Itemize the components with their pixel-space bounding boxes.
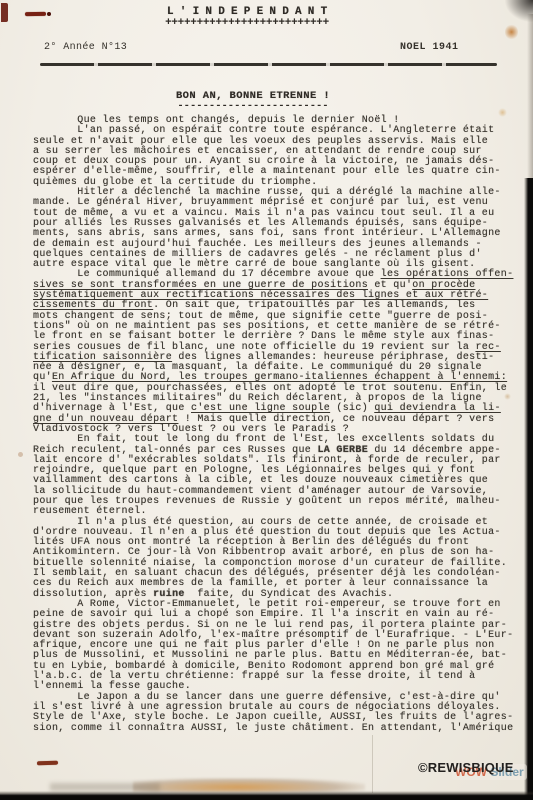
red-ink-dash-bottom xyxy=(37,761,58,766)
red-ink-corner-mark xyxy=(1,3,8,22)
scan-edge-right xyxy=(524,178,533,800)
scan-edge-right-soft xyxy=(527,14,533,182)
copyright-watermark: ©REWISBIQUE xyxy=(418,760,514,775)
red-ink-dot xyxy=(47,12,51,16)
paper-crease xyxy=(372,735,373,793)
rust-stain-right xyxy=(498,108,507,117)
masthead-underline: ++++++++++++++++++++++++++ xyxy=(165,17,329,29)
body-text-segment: sion, comme il connaîtra AUSSI, le juste… xyxy=(33,723,513,734)
issue-date: NOEL 1941 xyxy=(400,42,459,53)
rust-stain-top-right xyxy=(505,24,518,40)
bottom-stain-smudge xyxy=(133,778,365,792)
scan-edge-bottom xyxy=(0,791,533,800)
header-rule xyxy=(40,63,497,66)
issue-number: 2° Année N°13 xyxy=(44,42,127,53)
bottom-gray-smear xyxy=(50,783,160,791)
stain-left xyxy=(18,452,23,457)
article-title-underline: ------------------------ xyxy=(177,100,328,112)
scanned-newsletter-page: L ' I N D E P E N D A N T ++++++++++++++… xyxy=(0,0,533,800)
article-body: Que les temps ont changés, depuis le der… xyxy=(33,116,525,734)
red-ink-streak xyxy=(25,12,46,16)
rust-stain-right-lower xyxy=(504,393,511,400)
body-line: sion, comme il connaîtra AUSSI, le juste… xyxy=(33,724,525,734)
